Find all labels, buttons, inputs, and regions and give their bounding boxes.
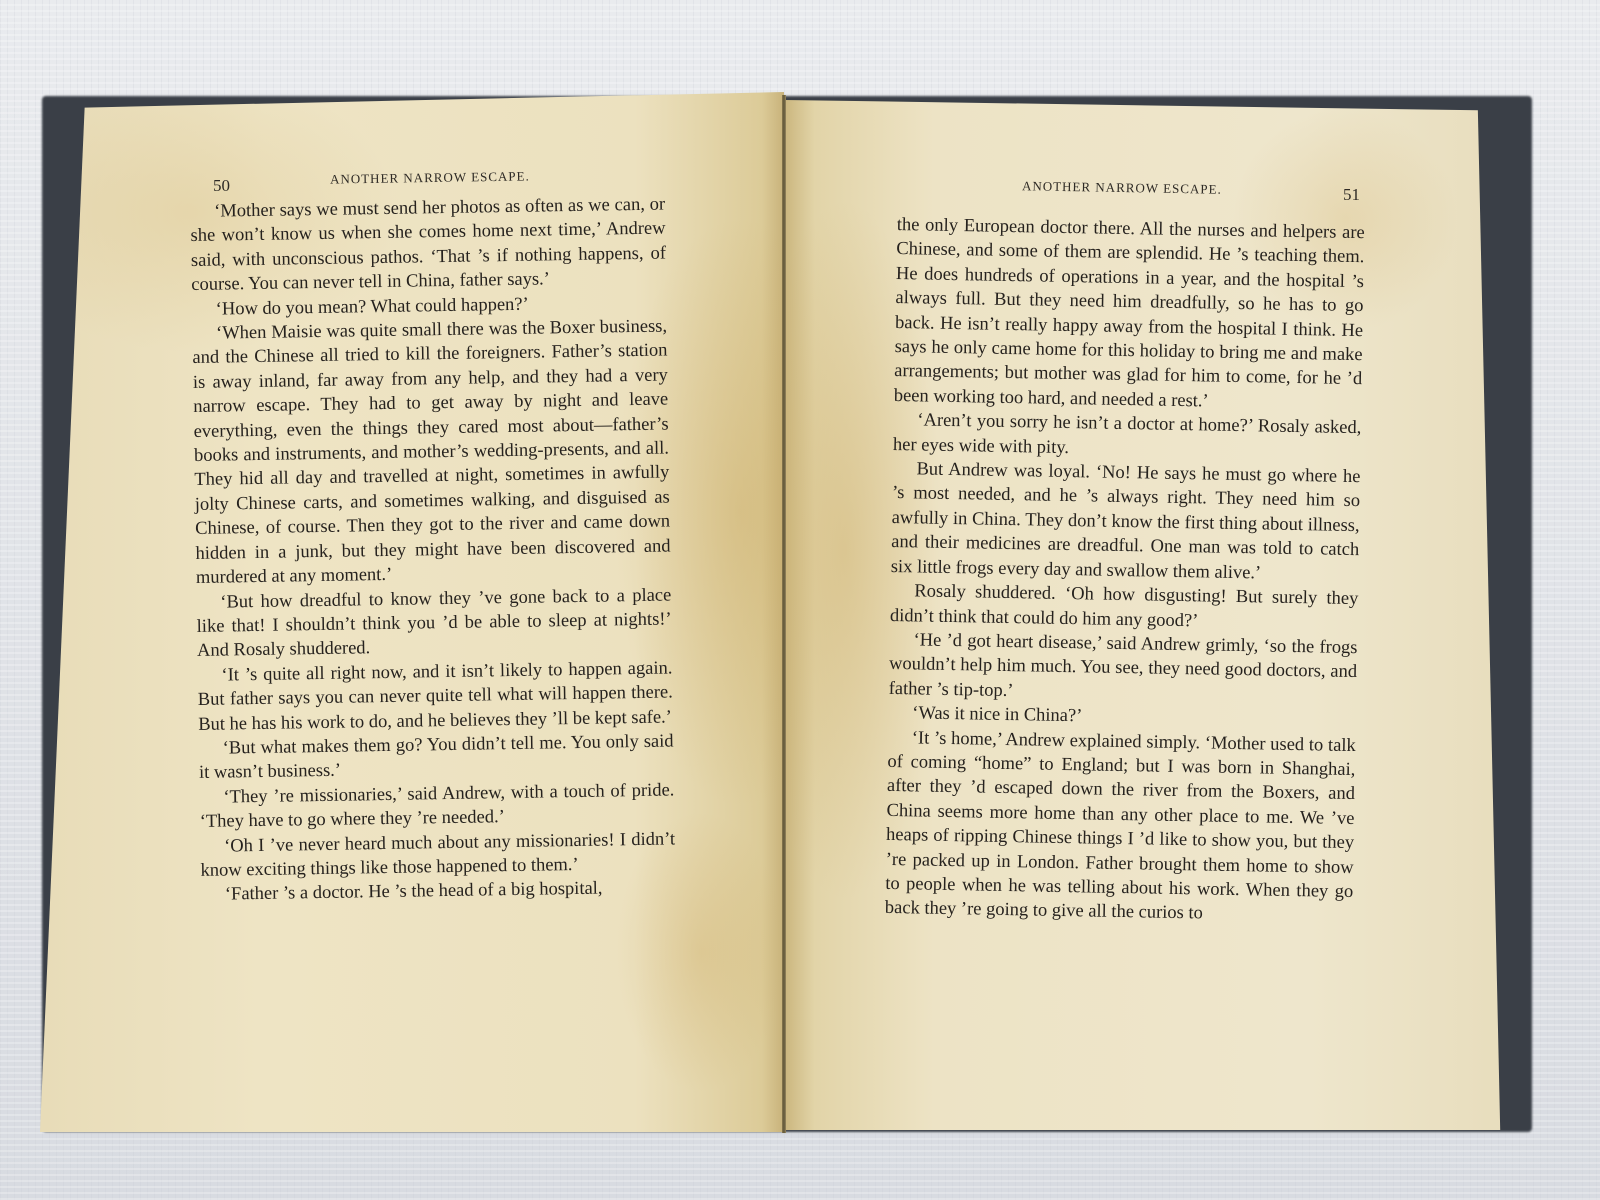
paragraph: ‘They ’re missionaries,’ said Andrew, wi… — [199, 778, 675, 834]
paragraph: ‘Mother says we must send her photos as … — [190, 193, 666, 298]
book-gutter — [782, 95, 786, 1133]
left-page-number: 50 — [213, 176, 230, 196]
left-running-head: ANOTHER NARROW ESCAPE. — [330, 168, 530, 187]
paragraph: ‘But what makes them go? You didn’t tell… — [198, 729, 674, 785]
paragraph: ‘Aren’t you sorry he isn’t a doctor at h… — [893, 408, 1362, 465]
paragraph: ‘But how dreadful to know they ’ve gone … — [196, 583, 672, 664]
paragraph: the only European doctor there. All the … — [894, 213, 1365, 416]
right-page-body: the only European doctor there. All the … — [885, 213, 1365, 929]
paragraph: But Andrew was loyal. ‘No! He says he mu… — [891, 457, 1361, 587]
paragraph: ‘It ’s quite all right now, and it isn’t… — [197, 656, 673, 737]
paragraph: ‘Oh I ’ve never heard much about any mis… — [200, 827, 676, 883]
paragraph: ‘When Maisie was quite small there was t… — [192, 315, 671, 591]
right-page-number: 51 — [1343, 185, 1360, 205]
left-page-body: ‘Mother says we must send her photos as … — [190, 193, 676, 908]
paragraph: ‘It ’s home,’ Andrew explained simply. ‘… — [885, 725, 1356, 928]
paragraph: ‘He ’d got heart disease,’ said Andrew g… — [888, 628, 1357, 709]
paragraph: Rosaly shuddered. ‘Oh how disgusting! Bu… — [890, 579, 1359, 636]
